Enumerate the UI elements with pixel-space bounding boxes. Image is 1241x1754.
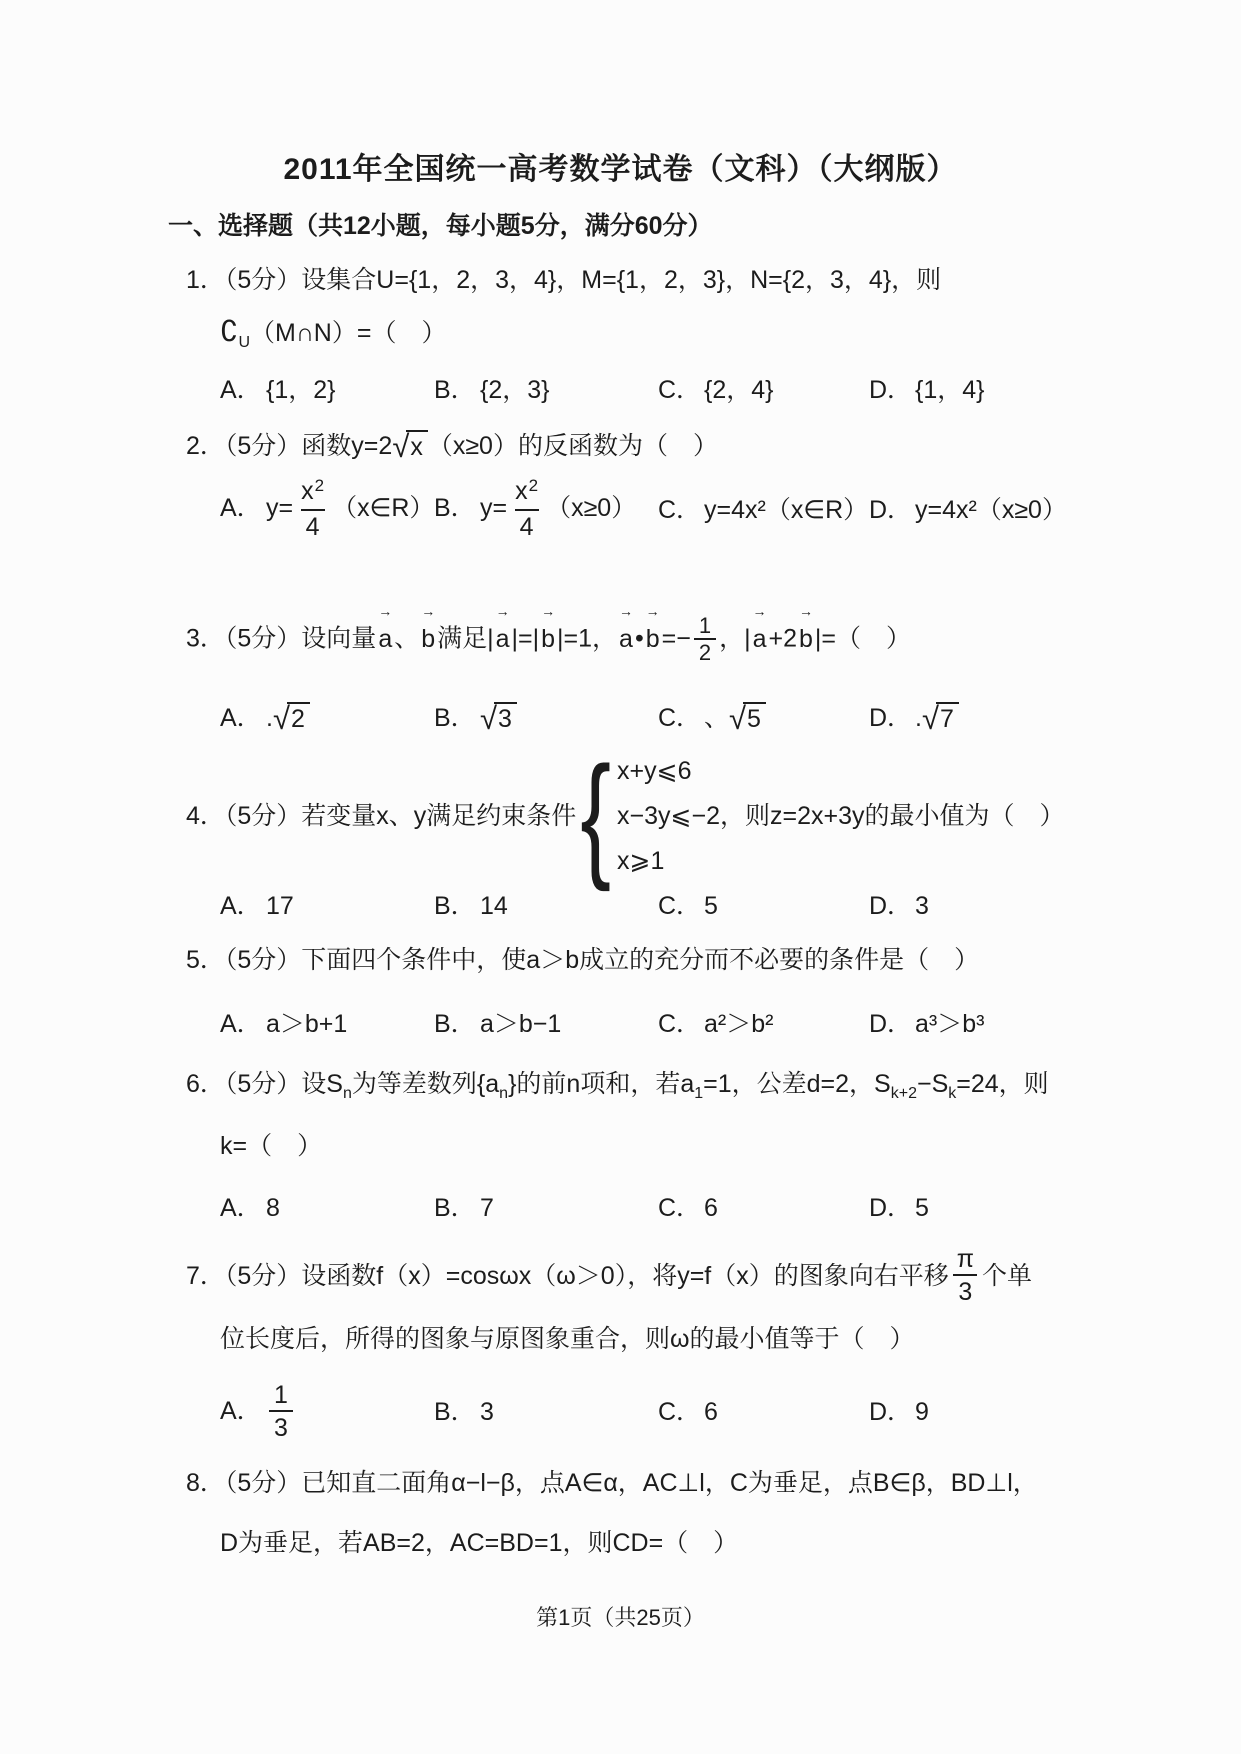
sqrt-sign: √: [729, 703, 746, 734]
option-label: C．: [658, 888, 704, 924]
option-b: B．14: [434, 888, 658, 924]
option-text: a³＞b³: [915, 1010, 984, 1038]
options-row-q2: A．y=x24（x∈R） B．y=x24（x≥0） C．y=4x²（x∈R） D…: [220, 476, 1067, 543]
vector-arrow: →: [494, 604, 512, 618]
option-label: D．: [869, 700, 915, 736]
q3-line-1: 3．（5分）设向量→a、→b满足|→a|=|→b|=1，→a•→b=−12，|→…: [186, 614, 911, 666]
option-b: B．√3: [434, 700, 658, 737]
text-run: ，|: [719, 625, 751, 653]
option-text: 14: [480, 892, 508, 920]
option-text: a＞b−1: [480, 1010, 561, 1038]
subscript: n: [343, 1085, 352, 1102]
option-text: a²＞b²: [704, 1010, 773, 1038]
option-label: D．: [869, 372, 915, 408]
sqrt-radicand: 7: [936, 702, 959, 734]
dot-product-sign: •: [635, 625, 644, 653]
text-run: =24，则: [956, 1070, 1048, 1098]
vector-b: →b: [539, 617, 557, 661]
option-text: 8: [266, 1194, 280, 1222]
option-label: B．: [434, 490, 480, 526]
vector-arrow: →: [644, 604, 662, 618]
text-run: a: [496, 625, 510, 653]
option-label: D．: [869, 1006, 915, 1042]
text-run: a: [378, 625, 392, 653]
sqrt-radical: √2: [273, 701, 310, 737]
brace-left: {: [580, 747, 611, 885]
option-c: C．a²＞b²: [658, 1006, 869, 1042]
option-text: 6: [704, 1398, 718, 1426]
option-label: A．: [220, 1393, 266, 1429]
option-b: B．{2，3}: [434, 372, 658, 408]
option-label: D．: [869, 1190, 915, 1226]
options-row-q6: A．8 B．7 C．6 D．5: [220, 1190, 929, 1226]
text-run: （x≥0）的反函数为（ ）: [428, 432, 718, 460]
q6-line-1: 6．（5分）设Sn为等差数列{an}的前n项和，若a1=1，公差d=2，Sk+2…: [186, 1066, 1049, 1112]
text-run: |=|: [512, 625, 540, 653]
option-label: A．: [220, 490, 266, 526]
option-d: D．.√7: [869, 700, 959, 737]
option-c: C．y=4x²（x∈R）: [658, 492, 869, 528]
option-text: y=4x²（x∈R）: [704, 496, 868, 524]
options-row-q5: A．a＞b+1 B．a＞b−1 C．a²＞b² D．a³＞b³: [220, 1006, 984, 1042]
option-label: B．: [434, 1006, 480, 1042]
option-text: 5: [704, 892, 718, 920]
text-run: （M∩N）=（ ）: [250, 319, 446, 347]
option-a: A．a＞b+1: [220, 1006, 434, 1042]
option-a: A．17: [220, 888, 434, 924]
text-run: 4．（5分）若变量x、y满足约束条件: [186, 798, 576, 834]
sqrt-radicand: 2: [287, 702, 310, 734]
text-run: x: [515, 477, 528, 505]
subscript: 1: [694, 1085, 703, 1102]
option-text: {1，2}: [266, 376, 336, 404]
q7-line-2: 位长度后，所得的图象与原图象重合，则ω的最小值等于（ ）: [220, 1321, 915, 1357]
option-text: .: [266, 704, 273, 732]
text-run: 为等差数列{a: [352, 1070, 499, 1098]
options-row-q4: A．17 B．14 C．5 D．3: [220, 888, 929, 924]
option-d: D．3: [869, 888, 929, 924]
option-text: （x∈R）: [332, 494, 434, 522]
q2-line-1: 2．（5分）函数y=2√x（x≥0）的反函数为（ ）: [186, 428, 718, 465]
fraction-denominator: 3: [269, 1410, 293, 1444]
option-d: D．9: [869, 1394, 929, 1430]
sqrt-radical: √7: [922, 701, 959, 737]
q8-line-1: 8．（5分）已知直二面角α−l−β，点A∈α，AC⊥l，C为垂足，点B∈β，BD…: [186, 1465, 1038, 1501]
vector-a: →a: [751, 617, 769, 661]
q7-line-1: 7．（5分）设函数f（x）=cosωx（ω＞0），将y=f（x）的图象向右平移π…: [186, 1248, 1032, 1304]
text-run: 、: [394, 625, 419, 653]
option-text: y=4x²（x≥0）: [915, 496, 1067, 524]
text-run: b: [799, 625, 813, 653]
text-run: 2．（5分）函数y=2: [186, 432, 392, 460]
q4-line-1: 4．（5分）若变量x、y满足约束条件 { x+y⩽6 x−3y⩽−2 x⩾1 ，…: [186, 746, 1065, 886]
option-c: C．5: [658, 888, 869, 924]
option-label: D．: [869, 888, 915, 924]
option-label: A．: [220, 1190, 266, 1226]
option-b: B．3: [434, 1394, 658, 1430]
fraction-numerator: x2: [510, 476, 543, 509]
option-label: A．: [220, 888, 266, 924]
fraction-numerator: 1: [694, 614, 716, 638]
vector-b: →b: [419, 617, 437, 661]
vector-arrow: →: [376, 604, 394, 618]
option-label: A．: [220, 372, 266, 408]
page-number-footer: 第1页（共25页）: [0, 1600, 1241, 1636]
constraint-row: x−3y⩽−2: [617, 794, 720, 839]
fraction-exponent: 2: [315, 476, 324, 495]
text-run: +2: [768, 625, 797, 653]
option-text: a＞b+1: [266, 1010, 347, 1038]
sqrt-radical: √3: [480, 701, 517, 737]
q1-line-1: 1．（5分）设集合U={1，2，3，4}，M={1，2，3}，N={2，3，4}…: [186, 262, 941, 298]
option-text: 17: [266, 892, 294, 920]
constraint-row: x⩾1: [617, 839, 720, 884]
subscript: n: [499, 1085, 508, 1102]
text-run: 满足|: [437, 625, 494, 653]
text-run: 3．（5分）设向量: [186, 625, 376, 653]
sqrt-radical: √5: [729, 701, 766, 737]
options-row-q3: A．.√2 B．√3 C．、√5 D．.√7: [220, 700, 959, 737]
subscript: k+2: [891, 1085, 917, 1102]
text-run: x: [301, 477, 314, 505]
options-row-q1: A．{1，2} B．{2，3} C．{2，4} D．{1，4}: [220, 372, 985, 408]
option-text: 3: [915, 892, 929, 920]
option-text: {1，4}: [915, 376, 985, 404]
text-run: a: [619, 625, 633, 653]
option-c: C．、√5: [658, 700, 869, 737]
option-d: D．y=4x²（x≥0）: [869, 492, 1067, 528]
option-text: （x≥0）: [546, 494, 636, 522]
constraint-row: x+y⩽6: [617, 749, 720, 794]
option-text: 3: [480, 1398, 494, 1426]
option-label: B．: [434, 1394, 480, 1430]
text-run: }的前n项和，若a: [508, 1070, 694, 1098]
text-run: |=1，: [557, 625, 617, 653]
vector-arrow: →: [751, 604, 769, 618]
text-run: 6．（5分）设S: [186, 1070, 343, 1098]
option-d: D．5: [869, 1190, 929, 1226]
fraction: π3: [952, 1244, 979, 1308]
sqrt-sign: √: [480, 703, 497, 734]
options-row-q7: A．13 B．3 C．6 D．9: [220, 1380, 929, 1444]
sqrt-sign: √: [392, 431, 409, 462]
text-run: =−: [662, 625, 691, 653]
vector-arrow: →: [797, 604, 815, 618]
fraction-denominator: 2: [694, 638, 716, 666]
sqrt-sign: √: [922, 703, 939, 734]
option-text: 7: [480, 1194, 494, 1222]
fraction: x24: [510, 476, 543, 543]
option-label: C．: [658, 1006, 704, 1042]
fraction-denominator: 3: [953, 1274, 977, 1308]
option-text: 5: [915, 1194, 929, 1222]
exam-page: 2011年全国统一高考数学试卷（文科）（大纲版） 一、选择题（共12小题，每小题…: [0, 0, 1241, 1754]
option-text: 6: [704, 1194, 718, 1222]
fraction-exponent: 2: [529, 476, 538, 495]
option-label: C．: [658, 700, 704, 736]
option-text: {2，3}: [480, 376, 550, 404]
option-b: B．a＞b−1: [434, 1006, 658, 1042]
vector-arrow: →: [539, 604, 557, 618]
sqrt-radical: √x: [392, 429, 428, 465]
text-run: b: [646, 625, 660, 653]
option-label: C．: [658, 372, 704, 408]
fraction-denominator: 4: [515, 509, 539, 543]
option-text: 9: [915, 1398, 929, 1426]
option-text: .: [915, 704, 922, 732]
fraction: 12: [694, 614, 716, 666]
complement-subscript: U: [238, 334, 250, 351]
option-label: B．: [434, 1190, 480, 1226]
q1-formula-line: ∁U（M∩N）=（ ）: [220, 314, 446, 361]
constraint-system: x+y⩽6 x−3y⩽−2 x⩾1: [617, 749, 720, 884]
text-run: |=（ ）: [815, 625, 911, 653]
fraction-numerator: π: [952, 1244, 979, 1274]
sqrt-radicand: x: [406, 430, 428, 462]
vector-a: →a: [494, 617, 512, 661]
vector-b: →b: [797, 617, 815, 661]
vector-b: →b: [644, 617, 662, 661]
sqrt-radicand: 5: [743, 702, 766, 734]
option-a: A．8: [220, 1190, 434, 1226]
option-text: {2，4}: [704, 376, 774, 404]
q8-line-2: D为垂足，若AB=2，AC=BD=1，则CD=（ ）: [220, 1525, 738, 1561]
fraction-numerator: x2: [296, 476, 329, 509]
text-run: 7．（5分）设函数f（x）=cosωx（ω＞0），将y=f（x）的图象向右平移: [186, 1258, 949, 1294]
complement-sign: ∁: [220, 316, 238, 348]
option-b: B．y=x24（x≥0）: [434, 476, 658, 543]
fraction-numerator: 1: [269, 1380, 293, 1410]
option-a: A．13: [220, 1380, 434, 1444]
option-a: A．{1，2}: [220, 372, 434, 408]
text-run: =1，公差d=2，S: [703, 1070, 891, 1098]
option-c: C．6: [658, 1190, 869, 1226]
option-label: B．: [434, 888, 480, 924]
vector-arrow: →: [419, 604, 437, 618]
fraction: x24: [296, 476, 329, 543]
option-label: C．: [658, 492, 704, 528]
q6-line-2: k=（ ）: [220, 1128, 322, 1164]
sqrt-sign: √: [273, 703, 290, 734]
option-d: D．{1，4}: [869, 372, 985, 408]
option-a: A．.√2: [220, 700, 434, 737]
option-label: B．: [434, 700, 480, 736]
text-run: a: [753, 625, 767, 653]
vector-a: →a: [376, 617, 394, 661]
option-c: C．6: [658, 1394, 869, 1430]
exam-title: 2011年全国统一高考数学试卷（文科）（大纲版）: [0, 152, 1241, 188]
sqrt-radicand: 3: [494, 702, 517, 734]
option-text: 、: [704, 704, 729, 732]
option-d: D．a³＞b³: [869, 1006, 984, 1042]
vector-a: →a: [617, 617, 635, 661]
text-run: ，则z=2x+3y的最小值为（ ）: [720, 798, 1065, 834]
option-label: A．: [220, 700, 266, 736]
option-c: C．{2，4}: [658, 372, 869, 408]
option-label: D．: [869, 492, 915, 528]
text-run: b: [421, 625, 435, 653]
text-run: −S: [917, 1070, 948, 1098]
option-label: C．: [658, 1394, 704, 1430]
text-run: 个单: [982, 1258, 1032, 1294]
vector-arrow: →: [617, 604, 635, 618]
section-heading: 一、选择题（共12小题，每小题5分，满分60分）: [168, 208, 713, 244]
option-label: B．: [434, 372, 480, 408]
text-run: b: [541, 625, 555, 653]
option-b: B．7: [434, 1190, 658, 1226]
option-label: C．: [658, 1190, 704, 1226]
q5-line-1: 5．（5分）下面四个条件中，使a＞b成立的充分而不必要的条件是（ ）: [186, 942, 979, 978]
fraction-denominator: 4: [301, 509, 325, 543]
fraction: 13: [269, 1380, 293, 1444]
option-label: A．: [220, 1006, 266, 1042]
option-text: y=: [266, 494, 293, 522]
option-label: D．: [869, 1394, 915, 1430]
option-text: y=: [480, 494, 507, 522]
option-a: A．y=x24（x∈R）: [220, 476, 434, 543]
